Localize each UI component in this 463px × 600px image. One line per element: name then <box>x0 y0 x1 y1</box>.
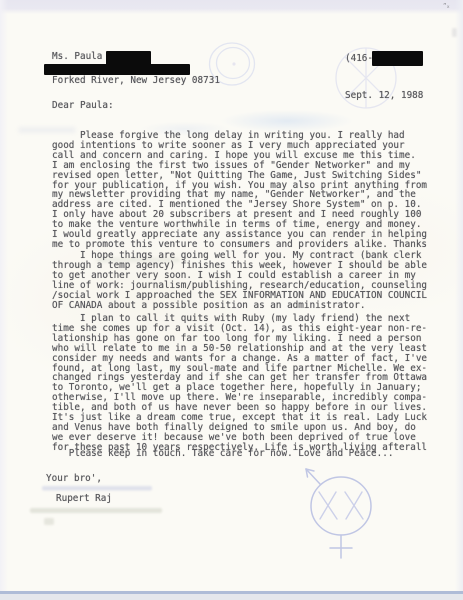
signature-name: Rupert Raj <box>56 494 112 504</box>
body-paragraph-1: Please forgive the long delay in writing… <box>52 131 427 250</box>
salutation: Dear Paula: <box>52 101 114 111</box>
body-paragraph-2: I hope things are going well for you. My… <box>52 251 427 310</box>
scan-edge-right <box>455 0 463 600</box>
xx-gender-symbol-watermark <box>306 469 371 558</box>
scanned-letter-page: Ms. Paula Forked River, New Jersey 08731… <box>0 0 463 600</box>
signoff-line: Your bro', <box>46 474 102 484</box>
recipient-line: Ms. Paula <box>52 52 102 62</box>
phone-line: (416- <box>345 54 373 64</box>
scan-edge-left <box>0 0 8 600</box>
body-paragraph-3: I plan to call it quits with Ruby (my la… <box>52 314 427 453</box>
scan-edge-top <box>0 0 463 14</box>
redaction-box-recipient-surname <box>106 51 151 65</box>
date-line: Sept. 12, 1988 <box>345 91 423 101</box>
redaction-box-phone-number <box>372 51 423 66</box>
redaction-box-street-address <box>44 64 190 75</box>
scan-edge-bottom <box>0 594 463 600</box>
corner-pen-mark: ”ₓ <box>443 2 450 10</box>
address-line: Forked River, New Jersey 08731 <box>52 76 220 86</box>
closing-line: Please keep in touch. Take care for now.… <box>52 449 393 459</box>
